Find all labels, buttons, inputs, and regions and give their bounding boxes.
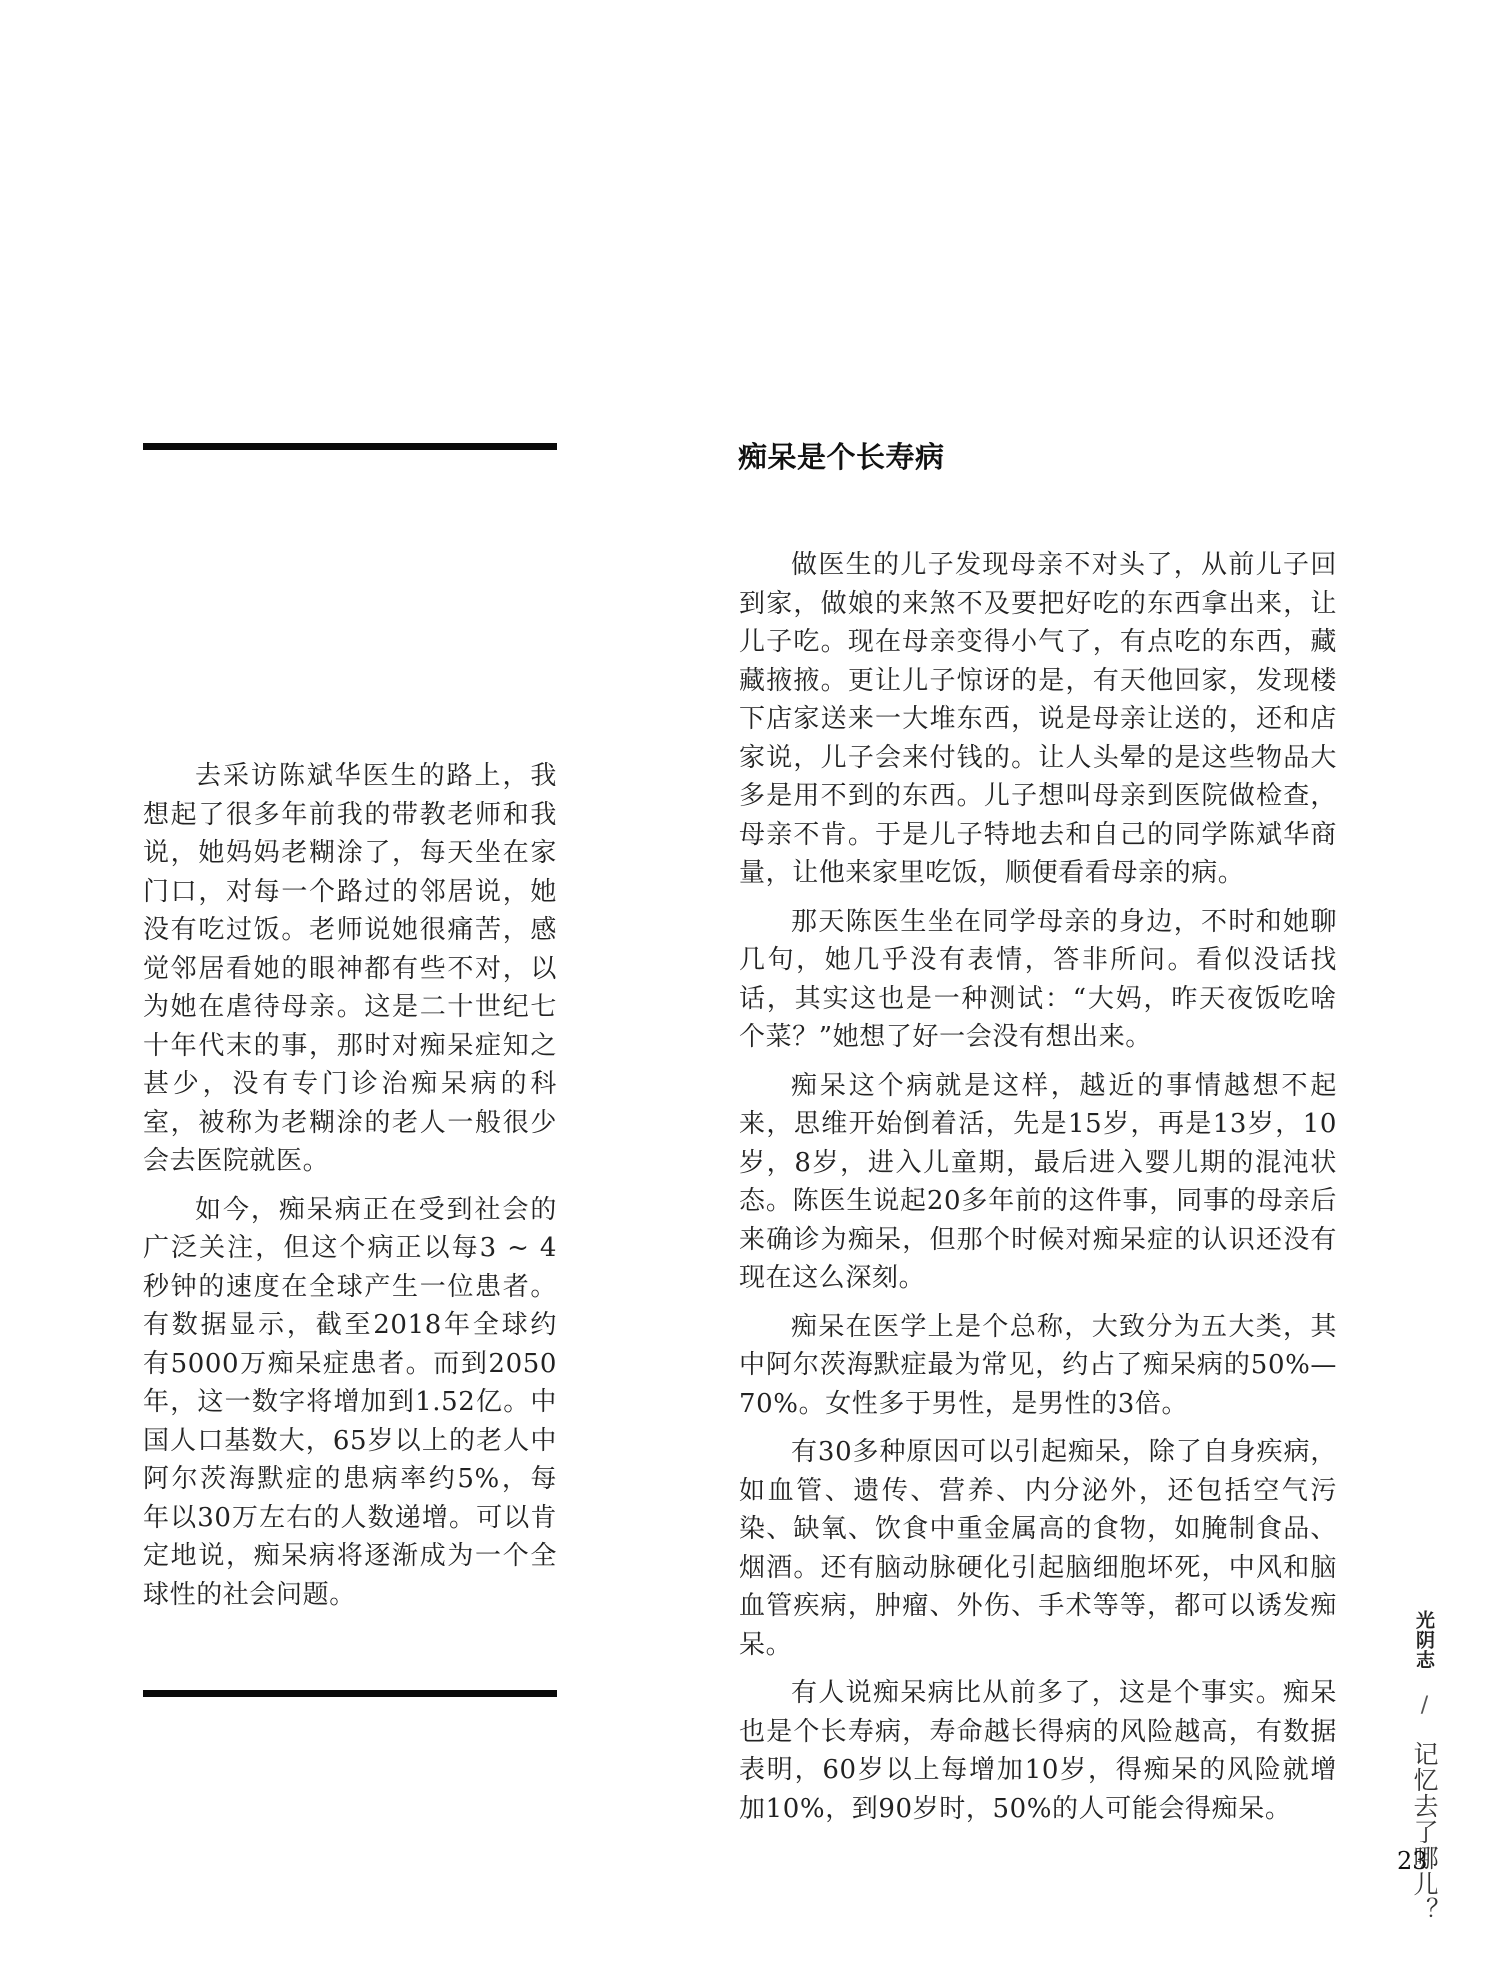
page-number: 23 bbox=[1397, 1847, 1428, 1875]
right-column: 做医生的儿子发现母亲不对头了，从前儿子回到家，做娘的来煞不及要把好吃的东西拿出来… bbox=[739, 546, 1337, 1838]
feature-title: 记忆去了哪儿？ bbox=[1410, 1741, 1439, 1923]
separator-slash: / bbox=[1412, 1693, 1437, 1718]
paragraph: 如今，痴呆病正在受到社会的广泛关注，但这个病正以每3 ~ 4秒钟的速度在全球产生… bbox=[143, 1191, 557, 1615]
top-decorative-rule bbox=[143, 443, 557, 450]
left-column: 去采访陈斌华医生的路上，我想起了很多年前我的带教老师和我说，她妈妈老糊涂了，每天… bbox=[143, 757, 557, 1624]
section-heading: 痴呆是个长寿病 bbox=[738, 437, 945, 477]
bottom-decorative-rule bbox=[143, 1690, 557, 1697]
paragraph: 有人说痴呆病比从前多了，这是个事实。痴呆也是个长寿病，寿命越长得病的风险越高，有… bbox=[739, 1674, 1337, 1828]
paragraph: 痴呆这个病就是这样，越近的事情越想不起来，思维开始倒着活，先是15岁，再是13岁… bbox=[739, 1067, 1337, 1298]
paragraph: 痴呆在医学上是个总称，大致分为五大类，其中阿尔茨海默症最为常见，约占了痴呆病的5… bbox=[739, 1308, 1337, 1424]
running-head: 光阴志 / 记忆去了哪儿？ bbox=[1398, 1610, 1442, 1923]
paragraph: 有30多种原因可以引起痴呆，除了自身疾病，如血管、遗传、营养、内分泌外，还包括空… bbox=[739, 1433, 1337, 1664]
paragraph: 那天陈医生坐在同学母亲的身边，不时和她聊几句，她几乎没有表情，答非所问。看似没话… bbox=[739, 903, 1337, 1057]
paragraph: 做医生的儿子发现母亲不对头了，从前儿子回到家，做娘的来煞不及要把好吃的东西拿出来… bbox=[739, 546, 1337, 893]
magazine-name: 光阴志 bbox=[1413, 1610, 1435, 1670]
paragraph: 去采访陈斌华医生的路上，我想起了很多年前我的带教老师和我说，她妈妈老糊涂了，每天… bbox=[143, 757, 557, 1181]
